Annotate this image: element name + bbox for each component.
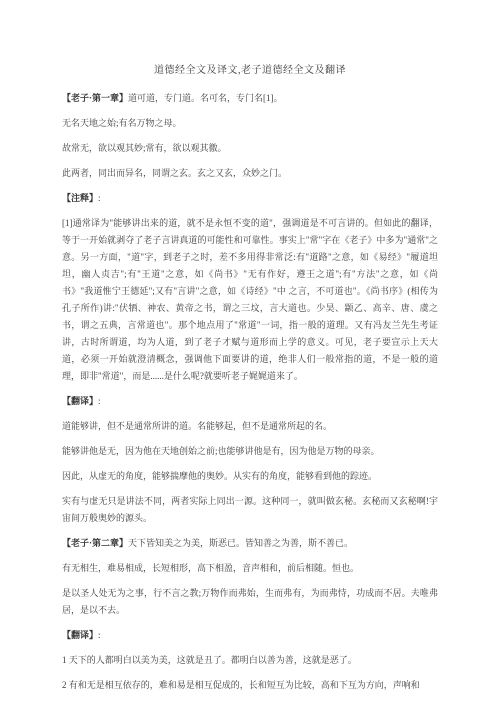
paragraph-text: 道可道，专门道。名可名，专门名[1]。 <box>128 93 283 103</box>
paragraph: 是以圣人处无为之事，行不言之教;万物作而弗始，生而弗有，为而弗恃，功成而不居。夫… <box>62 585 438 619</box>
paragraph: 【注释】: <box>62 190 438 207</box>
paragraph: 【老子·第二章】天下皆知美之为美，斯恶已。皆知善之为善，斯不善已。 <box>62 535 438 552</box>
paragraph-text: 因此，从虚无的角度，能够揣摩他的奥妙。从实有的角度，能够看到他的踪迹。 <box>62 471 377 481</box>
paragraph-text: : <box>98 193 101 203</box>
paragraph: 此两者，同出而异名，同谓之玄。玄之又玄，众妙之门。 <box>62 165 438 182</box>
paragraph-text: 天下皆知美之为美，斯恶已。皆知善之为善，斯不善已。 <box>128 538 353 548</box>
paragraph-text: 2 有和无是相互依存的，难和易是相互促成的，长和短互为比较，高和下互为方向，声响… <box>62 680 420 690</box>
paragraph-text: [1]通常译为"能够讲出来的道，就不是永恒不变的道"，强调道是不可言讲的。但如此… <box>62 218 438 381</box>
paragraph-label: 【注释】 <box>62 193 98 203</box>
paragraph: 实有与虚无只是讲法不同，两者实际上同出一源。这种同一，就叫做玄秘。玄秘而又玄秘啊… <box>62 493 438 527</box>
paragraph-text: 有无相生，难易相成，长短相形，高下相盈，音声相和，前后相随。恒也。 <box>62 563 359 573</box>
paragraph-text: 能够讲他是无，因为他在天地创始之前;也能够讲他是有，因为他是万物的母亲。 <box>62 446 380 456</box>
paragraph: 1 天下的人都明白以美为美，这就是丑了。都明白以善为善，这就是恶了。 <box>62 652 438 669</box>
paragraph: 无名天地之始;有名万物之母。 <box>62 115 438 132</box>
paragraph-text: 无名天地之始;有名万物之母。 <box>62 118 182 128</box>
paragraph-text: : <box>98 396 101 406</box>
paragraph: 2 有和无是相互依存的，难和易是相互促成的，长和短互为比较，高和下互为方向，声响… <box>62 677 438 694</box>
paragraph-text: 1 天下的人都明白以美为美，这就是丑了。都明白以善为善，这就是恶了。 <box>62 655 357 665</box>
paragraph-label: 【老子·第二章】 <box>62 538 128 548</box>
paragraph: [1]通常译为"能够讲出来的道，就不是永恒不变的道"，强调道是不可言讲的。但如此… <box>62 215 438 385</box>
paragraph-text: 故常无，欲以观其妙;常有，欲以观其徼。 <box>62 143 227 153</box>
paragraph-text: 道能够讲，但不是通常所讲的道。名能够起，但不是通常所起的名。 <box>62 421 332 431</box>
paragraph: 道能够讲，但不是通常所讲的道。名能够起，但不是通常所起的名。 <box>62 418 438 435</box>
paragraph: 【翻译】: <box>62 627 438 644</box>
document-body: 【老子·第一章】道可道，专门道。名可名，专门名[1]。无名天地之始;有名万物之母… <box>62 90 438 694</box>
paragraph: 能够讲他是无，因为他在天地创始之前;也能够讲他是有，因为他是万物的母亲。 <box>62 443 438 460</box>
paragraph: 【老子·第一章】道可道，专门道。名可名，专门名[1]。 <box>62 90 438 107</box>
paragraph-text: 实有与虚无只是讲法不同，两者实际上同出一源。这种同一，就叫做玄秘。玄秘而又玄秘啊… <box>62 496 438 523</box>
paragraph-label: 【翻译】 <box>62 630 98 640</box>
paragraph-label: 【老子·第一章】 <box>62 93 128 103</box>
paragraph: 有无相生，难易相成，长短相形，高下相盈，音声相和，前后相随。恒也。 <box>62 560 438 577</box>
paragraph: 因此，从虚无的角度，能够揣摩他的奥妙。从实有的角度，能够看到他的踪迹。 <box>62 468 438 485</box>
paragraph-text: 此两者，同出而异名，同谓之玄。玄之又玄，众妙之门。 <box>62 168 287 178</box>
document-title: 道德经全文及译文,老子道德经全文及翻译 <box>62 61 438 76</box>
paragraph-label: 【翻译】 <box>62 396 98 406</box>
paragraph-text: : <box>98 630 101 640</box>
paragraph: 故常无，欲以观其妙;常有，欲以观其徼。 <box>62 140 438 157</box>
document-page: 道德经全文及译文,老子道德经全文及翻译 【老子·第一章】道可道，专门道。名可名，… <box>0 0 496 702</box>
paragraph-text: 是以圣人处无为之事，行不言之教;万物作而弗始，生而弗有，为而弗恃，功成而不居。夫… <box>62 588 438 615</box>
paragraph: 【翻译】: <box>62 393 438 410</box>
